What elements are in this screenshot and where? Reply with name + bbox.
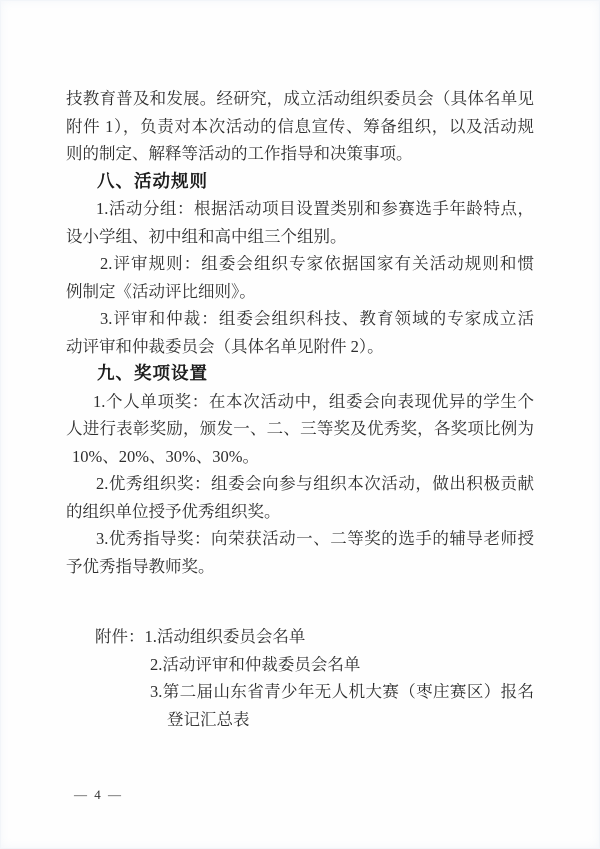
body-line: 技教育普及和发展。经研究，成立活动组织委员会（具体名单见 <box>66 85 534 113</box>
body-line: 3.优秀指导奖：向荣获活动一、二等奖的选手的辅导老师授 <box>66 525 534 553</box>
section-heading: 九、奖项设置 <box>66 360 534 388</box>
attachment-line: 附件：1.活动组织委员会名单 <box>66 623 534 651</box>
body-line: 1.活动分组：根据活动项目设置类别和参赛选手年龄特点， <box>66 195 534 223</box>
section-heading: 八、活动规则 <box>66 168 534 196</box>
body-line: 10%、20%、30%、30%。 <box>66 443 534 471</box>
body-line: 则的制定、解释等活动的工作指导和决策事项。 <box>66 140 534 168</box>
body-line: 附件 1），负责对本次活动的信息宣传、筹备组织，以及活动规 <box>66 113 534 141</box>
attachment-line: 登记汇总表 <box>66 706 534 734</box>
attachment-line: 3.第二届山东省青少年无人机大赛（枣庄赛区）报名 <box>66 678 534 706</box>
attachment-line: 2.活动评审和仲裁委员会名单 <box>66 651 534 679</box>
body-line: 予优秀指导教师奖。 <box>66 553 534 581</box>
body-line: 动评审和仲裁委员会（具体名单见附件 2）。 <box>66 333 534 361</box>
page-number: — 4 — <box>74 787 123 803</box>
body-line: 2.评审规则：组委会组织专家依据国家有关活动规则和惯 <box>66 250 534 278</box>
document-page: 技教育普及和发展。经研究，成立活动组织委员会（具体名单见附件 1），负责对本次活… <box>0 0 600 849</box>
body-line: 的组织单位授予优秀组织奖。 <box>66 498 534 526</box>
body-line: 设小学组、初中组和高中组三个组别。 <box>66 223 534 251</box>
body-line: 例制定《活动评比细则》。 <box>66 278 534 306</box>
body-line: 1.个人单项奖：在本次活动中，组委会向表现优异的学生个 <box>66 388 534 416</box>
body-line: 人进行表彰奖励，颁发一、二、三等奖及优秀奖，各奖项比例为 <box>66 415 534 443</box>
body-line: 3.评审和仲裁：组委会组织科技、教育领域的专家成立活 <box>66 305 534 333</box>
body-line: 2.优秀组织奖：组委会向参与组织本次活动，做出积极贡献 <box>66 470 534 498</box>
document-body: 技教育普及和发展。经研究，成立活动组织委员会（具体名单见附件 1），负责对本次活… <box>66 85 534 733</box>
